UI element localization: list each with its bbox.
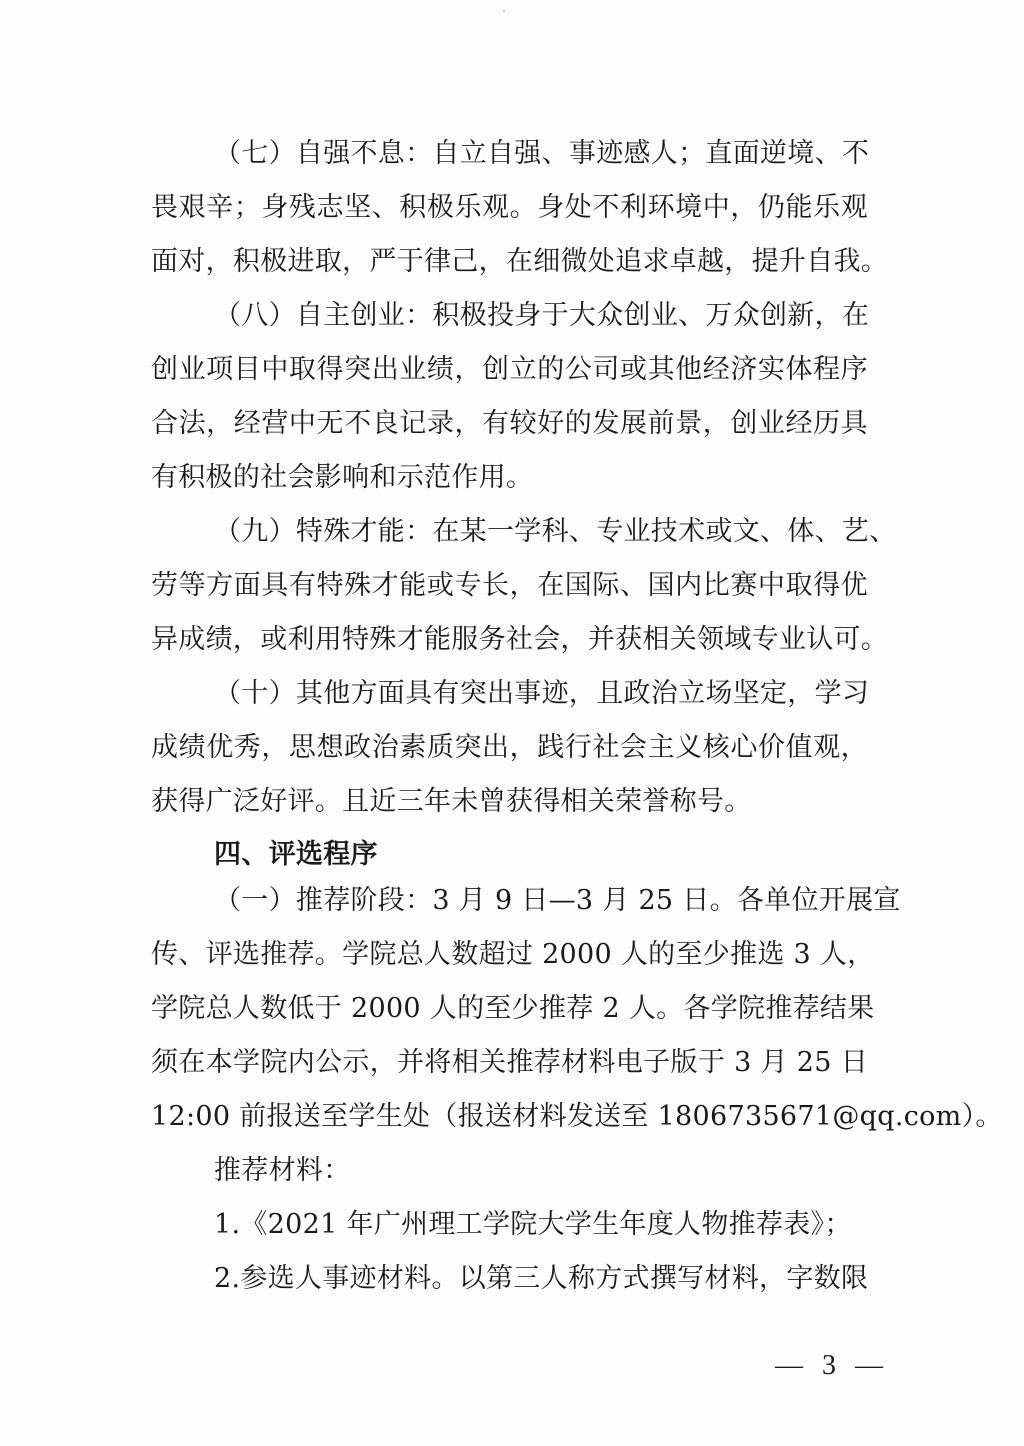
- procedure-line-1: （一）推荐阶段：3 月 9 日—3 月 25 日。各单位开展宣: [214, 884, 868, 918]
- item-7-line-1: （七）自强不息：自立自强、事迹感人；直面逆境、不: [214, 137, 868, 171]
- item-9-line-3: 异成绩，或利用特殊才能服务社会，并获相关领域专业认可。: [151, 623, 868, 657]
- page-number: — 3 —: [775, 1349, 889, 1383]
- item-8-line-4: 有积极的社会影响和示范作用。: [151, 461, 868, 495]
- item-7-line-2: 畏艰辛；身残志坚、积极乐观。身处不利环境中，仍能乐观: [151, 191, 868, 225]
- materials-label: 推荐材料：: [214, 1154, 868, 1188]
- procedure-line-3: 学院总人数低于 2000 人的至少推荐 2 人。各学院推荐结果: [151, 992, 868, 1026]
- procedure-line-4: 须在本学院内公示，并将相关推荐材料电子版于 3 月 25 日: [151, 1046, 868, 1080]
- item-9-line-1: （九）特殊才能：在某一学科、专业技术或文、体、艺、: [214, 515, 868, 549]
- item-10-line-1: （十）其他方面具有突出事迹，且政治立场坚定，学习: [214, 677, 868, 711]
- procedure-line-5: 12:00 前报送至学生处（报送材料发送至 1806735671@qq.com）…: [151, 1100, 868, 1134]
- item-8-line-1: （八）自主创业：积极投身于大众创业、万众创新，在: [214, 299, 868, 333]
- item-8-line-2: 创业项目中取得突出业绩，创立的公司或其他经济实体程序: [151, 353, 868, 387]
- section-heading-4: 四、评选程序: [214, 838, 868, 872]
- item-9-line-2: 劳等方面具有特殊才能或专长，在国际、国内比赛中取得优: [151, 569, 868, 603]
- item-7-line-3: 面对，积极进取，严于律己，在细微处追求卓越，提升自我。: [151, 245, 868, 279]
- document-page: （七）自强不息：自立自强、事迹感人；直面逆境、不 畏艰辛；身残志坚、积极乐观。身…: [0, 0, 1024, 1446]
- materials-item-1: 1.《2021 年广州理工学院大学生年度人物推荐表》；: [214, 1208, 868, 1242]
- item-10-line-2: 成绩优秀，思想政治素质突出，践行社会主义核心价值观，: [151, 731, 868, 765]
- procedure-line-2: 传、评选推荐。学院总人数超过 2000 人的至少推选 3 人，: [151, 938, 868, 972]
- item-10-line-3: 获得广泛好评。且近三年未曾获得相关荣誉称号。: [151, 785, 868, 819]
- materials-item-2: 2.参选人事迹材料。以第三人称方式撰写材料，字数限: [214, 1262, 868, 1296]
- scan-speck: [503, 10, 505, 12]
- item-8-line-3: 合法，经营中无不良记录，有较好的发展前景，创业经历具: [151, 407, 868, 441]
